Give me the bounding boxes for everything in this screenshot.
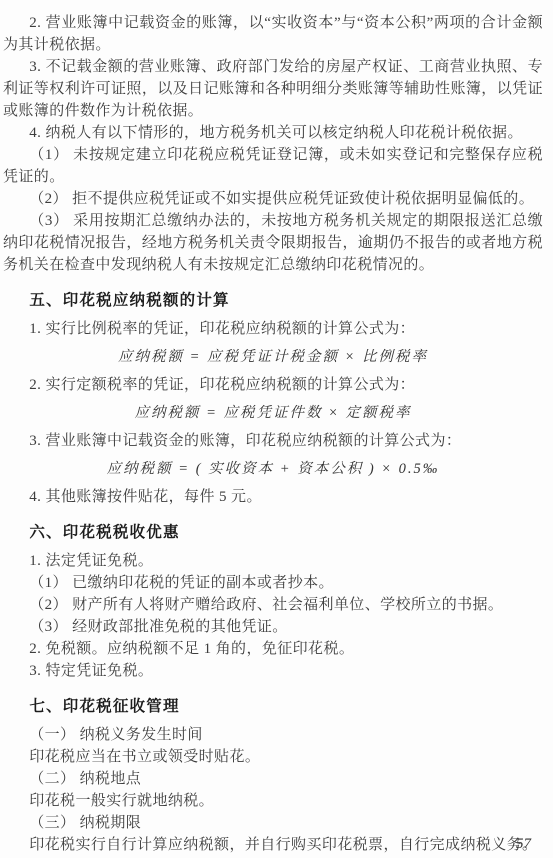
paragraph: 2. 实行定额税率的凭证，印花税应纳税额的计算公式为： xyxy=(3,374,543,396)
paragraph: 1. 实行比例税率的凭证，印花税应纳税额的计算公式为： xyxy=(3,318,543,340)
paragraph: （3） 采用按期汇总缴纳办法的，未按地方税务机关规定的期限报送汇总缴纳印花税情况… xyxy=(3,210,543,276)
formula: 应纳税额 = 应税凭证计税金额 × 比例税率 xyxy=(3,346,543,368)
paragraph: 2. 营业账簿中记载资金的账簿，以“实收资本”与“资本公积”两项的合计金额为其计… xyxy=(3,12,543,56)
formula: 应纳税额 = 应税凭证件数 × 定额税率 xyxy=(3,402,543,424)
paragraph: 4. 其他账簿按件贴花，每件 5 元。 xyxy=(3,486,543,508)
paragraph: （二） 纳税地点 xyxy=(3,768,543,790)
document-page: 2. 营业账簿中记载资金的账簿，以“实收资本”与“资本公积”两项的合计金额为其计… xyxy=(0,0,553,858)
document-body: 2. 营业账簿中记载资金的账簿，以“实收资本”与“资本公积”两项的合计金额为其计… xyxy=(0,0,553,856)
paragraph: （3） 经财政部批准免税的其他凭证。 xyxy=(3,616,543,638)
paragraph: （1） 未按规定建立印花税应税凭证登记簿，或未如实登记和完整保存应税凭证的。 xyxy=(3,144,543,188)
section-heading: 七、印花税征收管理 xyxy=(3,696,543,718)
paragraph: 印花税一般实行就地纳税。 xyxy=(3,790,543,812)
page-number: 57 xyxy=(516,836,531,853)
paragraph: 4. 纳税人有以下情形的，地方税务机关可以核定纳税人印花税计税依据。 xyxy=(3,122,543,144)
paragraph: 3. 不记载金额的营业账簿、政府部门发给的房屋产权证、工商营业执照、专利证等权利… xyxy=(3,56,543,122)
paragraph: （1） 已缴纳印花税的凭证的副本或者抄本。 xyxy=(3,572,543,594)
paragraph: 3. 营业账簿中记载资金的账簿，印花税应纳税额的计算公式为： xyxy=(3,430,543,452)
paragraph: （2） 拒不提供应税凭证或不如实提供应税凭证致使计税依据明显偏低的。 xyxy=(3,188,543,210)
formula: 应纳税额 = ( 实收资本 + 资本公积 ) × 0.5‰ xyxy=(3,458,543,480)
paragraph: 1. 法定凭证免税。 xyxy=(3,550,543,572)
section-heading: 五、印花税应纳税额的计算 xyxy=(3,290,543,312)
section-heading: 六、印花税税收优惠 xyxy=(3,522,543,544)
paragraph: 印花税应当在书立或领受时贴花。 xyxy=(3,746,543,768)
paragraph: （一） 纳税义务发生时间 xyxy=(3,724,543,746)
paragraph: （三） 纳税期限 xyxy=(3,812,543,834)
paragraph: 2. 免税额。应纳税额不足 1 角的，免征印花税。 xyxy=(3,638,543,660)
paragraph: 3. 特定凭证免税。 xyxy=(3,660,543,682)
paragraph: （2） 财产所有人将财产赠给政府、社会福利单位、学校所立的书据。 xyxy=(3,594,543,616)
paragraph: 印花税实行自行计算应纳税额，并自行购买印花税票，自行完成纳税义务。 xyxy=(3,834,543,856)
